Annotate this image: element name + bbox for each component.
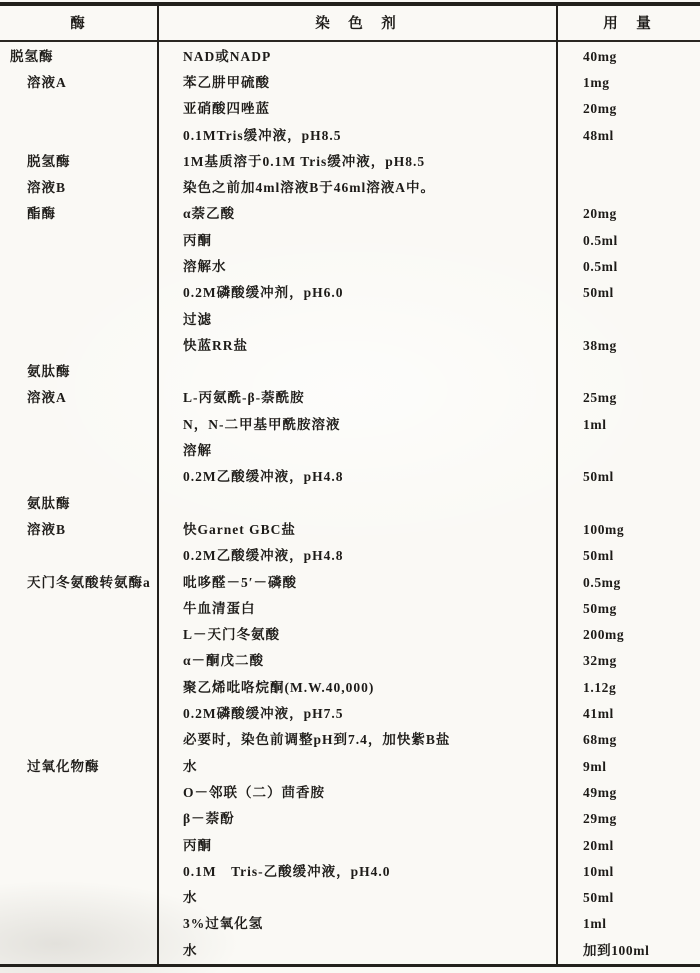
enzyme-cell: [0, 622, 157, 648]
table-row: 溶液A 苯乙肼甲硫酸 1mg: [0, 70, 700, 96]
amount-cell: 9ml: [556, 754, 700, 780]
reagent-cell: [157, 359, 556, 385]
reagent-cell: β－萘酚: [157, 806, 556, 832]
table-row: 快蓝RR盐 38mg: [0, 333, 700, 359]
amount-cell: [556, 438, 700, 464]
enzyme-cell: [0, 280, 157, 306]
enzyme-cell: [0, 701, 157, 727]
table-body: 脱氢酶 NAD或NADP 40mg 溶液A 苯乙肼甲硫酸 1mg 亚硝酸四唑蓝 …: [0, 42, 700, 964]
amount-cell: 50ml: [556, 885, 700, 911]
enzyme-cell: [0, 806, 157, 832]
amount-cell: [556, 359, 700, 385]
amount-cell: 29mg: [556, 806, 700, 832]
amount-cell: 0.5ml: [556, 254, 700, 280]
enzyme-cell: 天门冬氨酸转氨酶a: [0, 570, 157, 596]
amount-cell: 50ml: [556, 543, 700, 569]
enzyme-cell: [0, 780, 157, 806]
enzyme-cell: [0, 543, 157, 569]
amount-cell: 0.5ml: [556, 228, 700, 254]
scanned-document-page: 酶 染 色 剂 用 量 脱氢酶 NAD或NADP 40mg 溶液A 苯乙肼甲硫酸…: [0, 0, 700, 973]
reagent-cell: α－酮戊二酸: [157, 648, 556, 674]
table-row: 脱氢酶 NAD或NADP 40mg: [0, 44, 700, 70]
reagent-cell: [157, 491, 556, 517]
amount-cell: [556, 175, 700, 201]
enzyme-cell: [0, 885, 157, 911]
reagent-cell: 0.1M Tris-乙酸缓冲液，pH4.0: [157, 859, 556, 885]
reagent-cell: 溶解: [157, 438, 556, 464]
amount-cell: 41ml: [556, 701, 700, 727]
table-row: α－酮戊二酸 32mg: [0, 648, 700, 674]
enzyme-cell: [0, 228, 157, 254]
reagent-cell: N，N-二甲基甲酰胺溶液: [157, 412, 556, 438]
reagent-cell: 苯乙肼甲硫酸: [157, 70, 556, 96]
amount-cell: 48ml: [556, 123, 700, 149]
table-row: N，N-二甲基甲酰胺溶液 1ml: [0, 412, 700, 438]
reagent-cell: NAD或NADP: [157, 44, 556, 70]
reagent-cell: 0.2M乙酸缓冲液，pH4.8: [157, 543, 556, 569]
reagent-cell: 0.2M乙酸缓冲液，pH4.8: [157, 464, 556, 490]
enzyme-cell: [0, 123, 157, 149]
enzyme-cell: 溶液B: [0, 517, 157, 543]
amount-cell: 40mg: [556, 44, 700, 70]
reagent-cell: 0.1MTris缓冲液，pH8.5: [157, 123, 556, 149]
table-row: 溶液B 染色之前加4ml溶液B于46ml溶液A中。: [0, 175, 700, 201]
amount-cell: 0.5mg: [556, 570, 700, 596]
table-row: 丙酮 20ml: [0, 833, 700, 859]
amount-cell: 1ml: [556, 412, 700, 438]
reagent-cell: 过滤: [157, 307, 556, 333]
amount-cell: 20ml: [556, 833, 700, 859]
reagent-cell: 必要时，染色前调整pH到7.4，加快紫B盐: [157, 727, 556, 753]
reagent-cell: 1M基质溶于0.1M Tris缓冲液，pH8.5: [157, 149, 556, 175]
table-header-row: 酶 染 色 剂 用 量: [0, 6, 700, 42]
enzyme-cell: [0, 911, 157, 937]
enzyme-cell: [0, 727, 157, 753]
enzyme-cell: 过氧化物酶: [0, 754, 157, 780]
enzyme-cell: 溶液B: [0, 175, 157, 201]
reagent-cell: 牛血清蛋白: [157, 596, 556, 622]
reagent-cell: 水: [157, 885, 556, 911]
reagent-cell: 0.2M磷酸缓冲剂，pH6.0: [157, 280, 556, 306]
table-row: 溶液B 快Garnet GBC盐 100mg: [0, 517, 700, 543]
amount-cell: 200mg: [556, 622, 700, 648]
reagent-cell: 吡哆醛－5′－磷酸: [157, 570, 556, 596]
enzyme-cell: [0, 464, 157, 490]
enzyme-cell: [0, 412, 157, 438]
header-stain: 染 色 剂: [157, 12, 556, 33]
enzyme-cell: [0, 307, 157, 333]
reagent-cell: 0.2M磷酸缓冲液，pH7.5: [157, 701, 556, 727]
reagent-cell: 水: [157, 938, 556, 964]
amount-cell: 加到100ml: [556, 938, 700, 964]
amount-cell: 20mg: [556, 201, 700, 227]
table-row: β－萘酚 29mg: [0, 806, 700, 832]
enzyme-cell: [0, 333, 157, 359]
reagent-cell: α萘乙酸: [157, 201, 556, 227]
table-row: 脱氢酶 1M基质溶于0.1M Tris缓冲液，pH8.5: [0, 149, 700, 175]
table-row: 氨肽酶: [0, 359, 700, 385]
enzyme-cell: 酯酶: [0, 201, 157, 227]
amount-cell: 50ml: [556, 280, 700, 306]
table-row: 水 加到100ml: [0, 938, 700, 964]
amount-cell: [556, 491, 700, 517]
amount-cell: 25mg: [556, 385, 700, 411]
table-row: 水 50ml: [0, 885, 700, 911]
table-row: O－邻联（二）茴香胺 49mg: [0, 780, 700, 806]
reagent-cell: L-丙氨酰-β-萘酰胺: [157, 385, 556, 411]
amount-cell: 1.12g: [556, 675, 700, 701]
reagent-cell: L－天门冬氨酸: [157, 622, 556, 648]
table-row: 溶液A L-丙氨酰-β-萘酰胺 25mg: [0, 385, 700, 411]
column-divider-1: [157, 2, 159, 967]
enzyme-cell: [0, 859, 157, 885]
table-row: L－天门冬氨酸 200mg: [0, 622, 700, 648]
reagent-cell: 亚硝酸四唑蓝: [157, 96, 556, 122]
table-row: 0.2M磷酸缓冲剂，pH6.0 50ml: [0, 280, 700, 306]
amount-cell: 1ml: [556, 911, 700, 937]
enzyme-cell: [0, 96, 157, 122]
amount-cell: 100mg: [556, 517, 700, 543]
amount-cell: 32mg: [556, 648, 700, 674]
enzyme-cell: 溶液A: [0, 385, 157, 411]
table-row: 天门冬氨酸转氨酶a 吡哆醛－5′－磷酸 0.5mg: [0, 570, 700, 596]
amount-cell: 50ml: [556, 464, 700, 490]
enzyme-cell: 脱氢酶: [0, 44, 157, 70]
enzyme-cell: 脱氢酶: [0, 149, 157, 175]
table-row: 聚乙烯吡咯烷酮(M.W.40,000) 1.12g: [0, 675, 700, 701]
table-row: 3%过氧化氢 1ml: [0, 911, 700, 937]
header-enzyme: 酶: [0, 12, 157, 33]
enzyme-cell: [0, 438, 157, 464]
amount-cell: [556, 149, 700, 175]
table-row: 牛血清蛋白 50mg: [0, 596, 700, 622]
enzyme-cell: [0, 675, 157, 701]
amount-cell: 68mg: [556, 727, 700, 753]
reagent-cell: 染色之前加4ml溶液B于46ml溶液A中。: [157, 175, 556, 201]
amount-cell: [556, 307, 700, 333]
table-row: 0.2M乙酸缓冲液，pH4.8 50ml: [0, 464, 700, 490]
reagent-cell: 丙酮: [157, 228, 556, 254]
amount-cell: 20mg: [556, 96, 700, 122]
table-row: 0.1MTris缓冲液，pH8.5 48ml: [0, 123, 700, 149]
header-amount: 用 量: [556, 12, 700, 33]
table-row: 过氧化物酶 水 9ml: [0, 754, 700, 780]
amount-cell: 50mg: [556, 596, 700, 622]
amount-cell: 1mg: [556, 70, 700, 96]
table-row: 0.2M乙酸缓冲液，pH4.8 50ml: [0, 543, 700, 569]
enzyme-cell: [0, 938, 157, 964]
table-row: 丙酮 0.5ml: [0, 228, 700, 254]
table-row: 溶解水 0.5ml: [0, 254, 700, 280]
reagent-cell: 3%过氧化氢: [157, 911, 556, 937]
reagent-cell: 快Garnet GBC盐: [157, 517, 556, 543]
table-row: 酯酶 α萘乙酸 20mg: [0, 201, 700, 227]
table-row: 过滤: [0, 307, 700, 333]
reagent-cell: 溶解水: [157, 254, 556, 280]
enzyme-cell: 氨肽酶: [0, 491, 157, 517]
enzyme-cell: [0, 648, 157, 674]
enzyme-cell: [0, 254, 157, 280]
enzyme-cell: [0, 596, 157, 622]
table-row: 0.1M Tris-乙酸缓冲液，pH4.0 10ml: [0, 859, 700, 885]
table-row: 氨肽酶: [0, 491, 700, 517]
reagent-cell: O－邻联（二）茴香胺: [157, 780, 556, 806]
table-row: 0.2M磷酸缓冲液，pH7.5 41ml: [0, 701, 700, 727]
reagent-cell: 水: [157, 754, 556, 780]
table-row: 必要时，染色前调整pH到7.4，加快紫B盐 68mg: [0, 727, 700, 753]
table-row: 溶解: [0, 438, 700, 464]
amount-cell: 49mg: [556, 780, 700, 806]
column-divider-2: [556, 2, 558, 967]
enzyme-cell: 氨肽酶: [0, 359, 157, 385]
table-row: 亚硝酸四唑蓝 20mg: [0, 96, 700, 122]
enzyme-cell: [0, 833, 157, 859]
enzyme-stain-table: 酶 染 色 剂 用 量 脱氢酶 NAD或NADP 40mg 溶液A 苯乙肼甲硫酸…: [0, 2, 700, 967]
enzyme-cell: 溶液A: [0, 70, 157, 96]
reagent-cell: 丙酮: [157, 833, 556, 859]
reagent-cell: 聚乙烯吡咯烷酮(M.W.40,000): [157, 675, 556, 701]
amount-cell: 38mg: [556, 333, 700, 359]
reagent-cell: 快蓝RR盐: [157, 333, 556, 359]
amount-cell: 10ml: [556, 859, 700, 885]
